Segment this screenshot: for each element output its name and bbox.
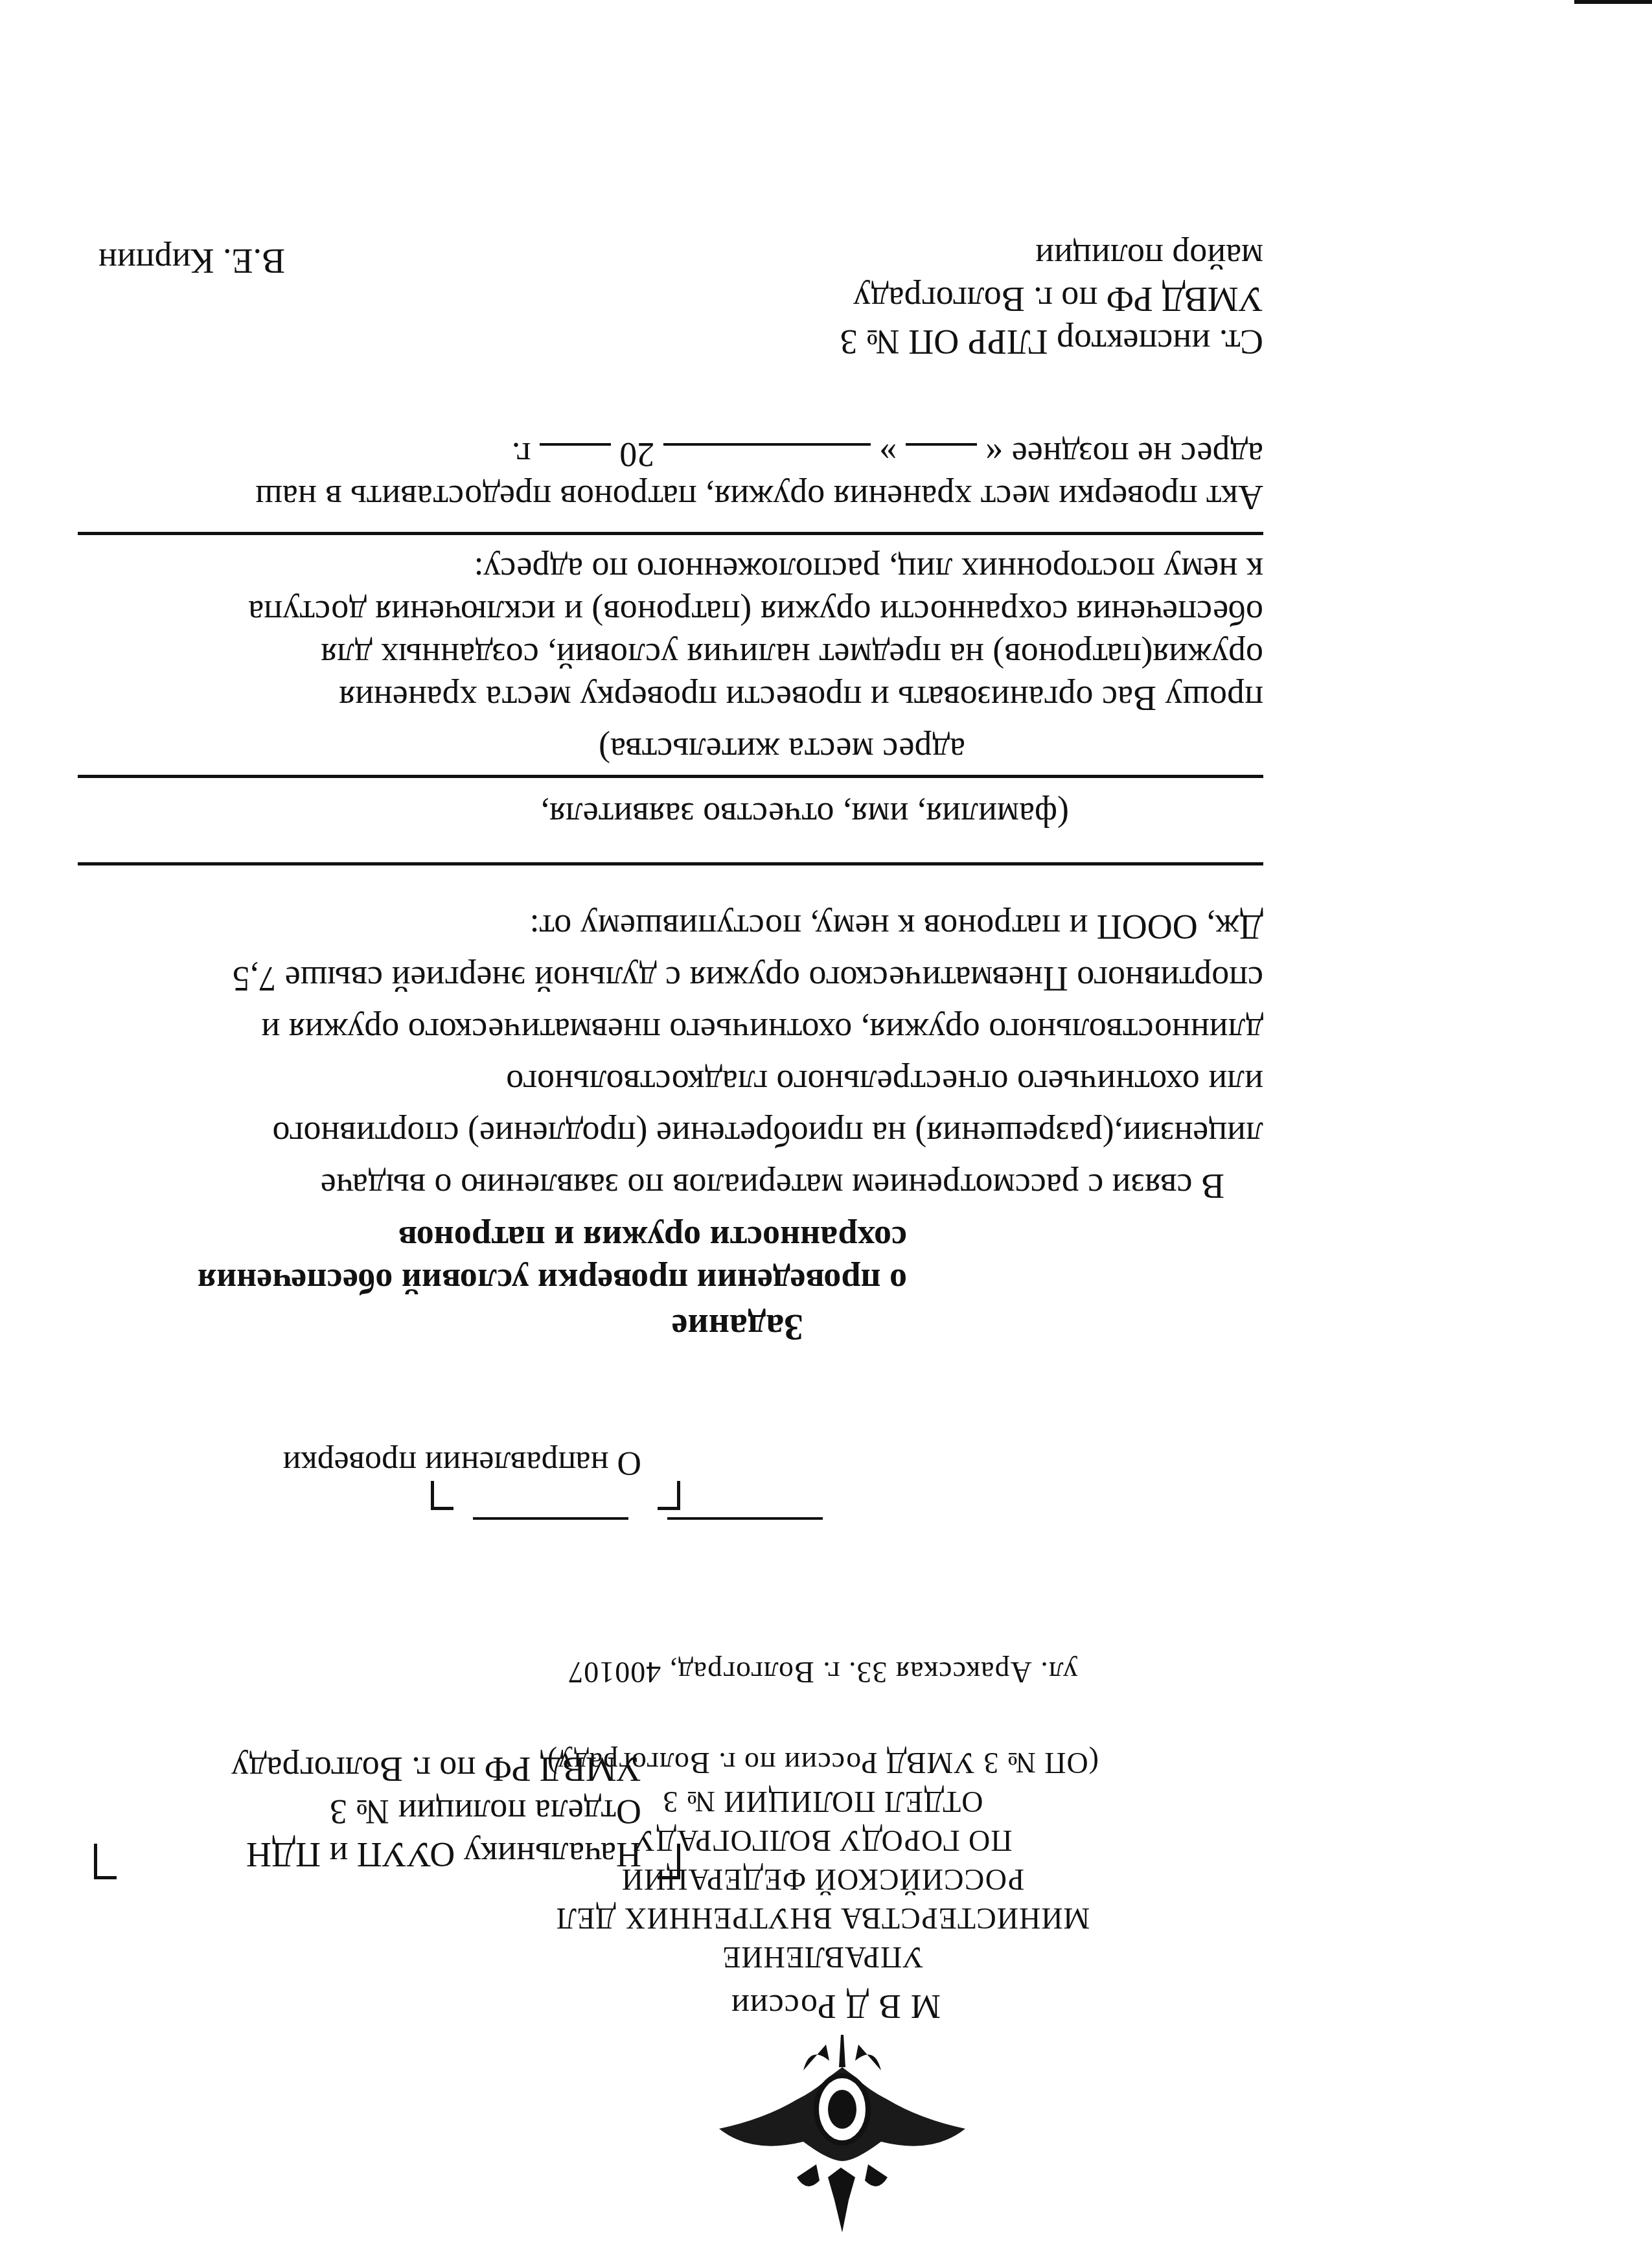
deadline-year-suffix: г.: [512, 435, 531, 474]
paragraph-line: Акт проверки мест хранения оружия, патро…: [255, 476, 1263, 519]
agency-short-name: М В Д России: [577, 1986, 1095, 2025]
scan-artifact-mark: [1574, 0, 1652, 4]
paragraph-line: длинноствольного оружия, охотничьего пне…: [233, 1005, 1263, 1057]
subject-corner-mark: [658, 1481, 680, 1510]
body-paragraph-1: В связи с рассмотрением материалов по за…: [233, 901, 1263, 1212]
deadline-day-field[interactable]: [906, 443, 977, 446]
document-date-field: [667, 1517, 823, 1520]
addressee-line: УМВД РФ по г. Волгограду: [231, 1748, 641, 1791]
subject-line: О направлении проверки: [283, 1441, 641, 1484]
deadline-close-quote: »: [879, 435, 897, 474]
applicant-name-caption: (фамилия, имя, отчество заявителя,: [540, 794, 1069, 836]
addressee-corner-mark: [658, 1844, 680, 1879]
title-line: о проведении проверки условий обеспечени…: [198, 1260, 907, 1303]
deadline-century: 20: [619, 435, 654, 474]
mvd-emblem-icon: [706, 2032, 978, 2239]
addressee-line: Начальнику ОУУП и ПДН: [231, 1833, 641, 1876]
subject-corner-mark: [431, 1481, 453, 1510]
scanned-document-page: М В Д России УПРАВЛЕНИЕ МИНИСТЕРСТВА ВНУ…: [0, 0, 1652, 2268]
letterhead-address: ул. Араксская 33. г. Волгоград, 400107: [441, 1653, 1205, 1691]
signatory-line: Ст. инспектор ГЛРР ОП № 3: [840, 321, 1263, 363]
paragraph-line: лицензии,(разрешения) на приобретение (п…: [233, 1108, 1263, 1160]
signatory-line: майор полиции: [840, 235, 1263, 278]
addressee-block: Начальнику ОУУП и ПДН Отдела полиции № 3…: [231, 1748, 641, 1876]
deadline-year-field[interactable]: [540, 443, 611, 446]
paragraph-line: Дж, ОООП и патронов к нему, поступившему…: [233, 901, 1263, 953]
applicant-address-caption: адрес места жительства): [599, 729, 965, 772]
letterhead-line: МИНИСТЕРСТВА ВНУТРЕННИХ ДЕЛ: [441, 1899, 1205, 1938]
signatory-name: В.Е. Кирпин: [98, 240, 285, 282]
signatory-block: Ст. инспектор ГЛРР ОП № 3 УМВД РФ по г. …: [840, 235, 1263, 363]
paragraph-line: спортивного Пневматического оружия с дул…: [233, 953, 1263, 1005]
applicant-address-field[interactable]: [78, 775, 1263, 778]
addressee-line: Отдела полиции № 3: [231, 1791, 641, 1833]
body-paragraph-3: Акт проверки мест хранения оружия, патро…: [255, 433, 1263, 519]
paragraph-line: или охотничьего огнестрельного гладкоств…: [233, 1057, 1263, 1108]
document-number-field: [473, 1517, 628, 1520]
document-heading: Задание: [672, 1305, 803, 1348]
applicant-name-field[interactable]: [78, 862, 1263, 865]
paragraph-line: обеспечения сохранности оружия (патронов…: [248, 591, 1263, 634]
paragraph-line: к нему посторонних лиц, расположенного п…: [248, 549, 1263, 591]
deadline-label: адрес не позднее «: [985, 435, 1263, 474]
addressee-corner-mark: [94, 1844, 117, 1879]
storage-address-field[interactable]: [78, 532, 1263, 535]
paragraph-line: оружия(патронов) на предмет наличия усло…: [248, 634, 1263, 677]
paragraph-line: В связи с рассмотрением материалов по за…: [233, 1160, 1263, 1212]
letterhead-line: УПРАВЛЕНИЕ: [441, 1938, 1205, 1976]
deadline-line: адрес не позднее « » 20 г.: [255, 433, 1263, 476]
deadline-month-field[interactable]: [663, 443, 871, 446]
document-title: о проведении проверки условий обеспечени…: [198, 1217, 907, 1303]
body-paragraph-2: прошу Вас организовать и провести провер…: [248, 549, 1263, 720]
title-line: сохранности оружия и патронов: [198, 1217, 907, 1260]
paragraph-line: прошу Вас организовать и провести провер…: [248, 677, 1263, 720]
signatory-line: УМВД РФ по г. Волгограду: [840, 278, 1263, 321]
